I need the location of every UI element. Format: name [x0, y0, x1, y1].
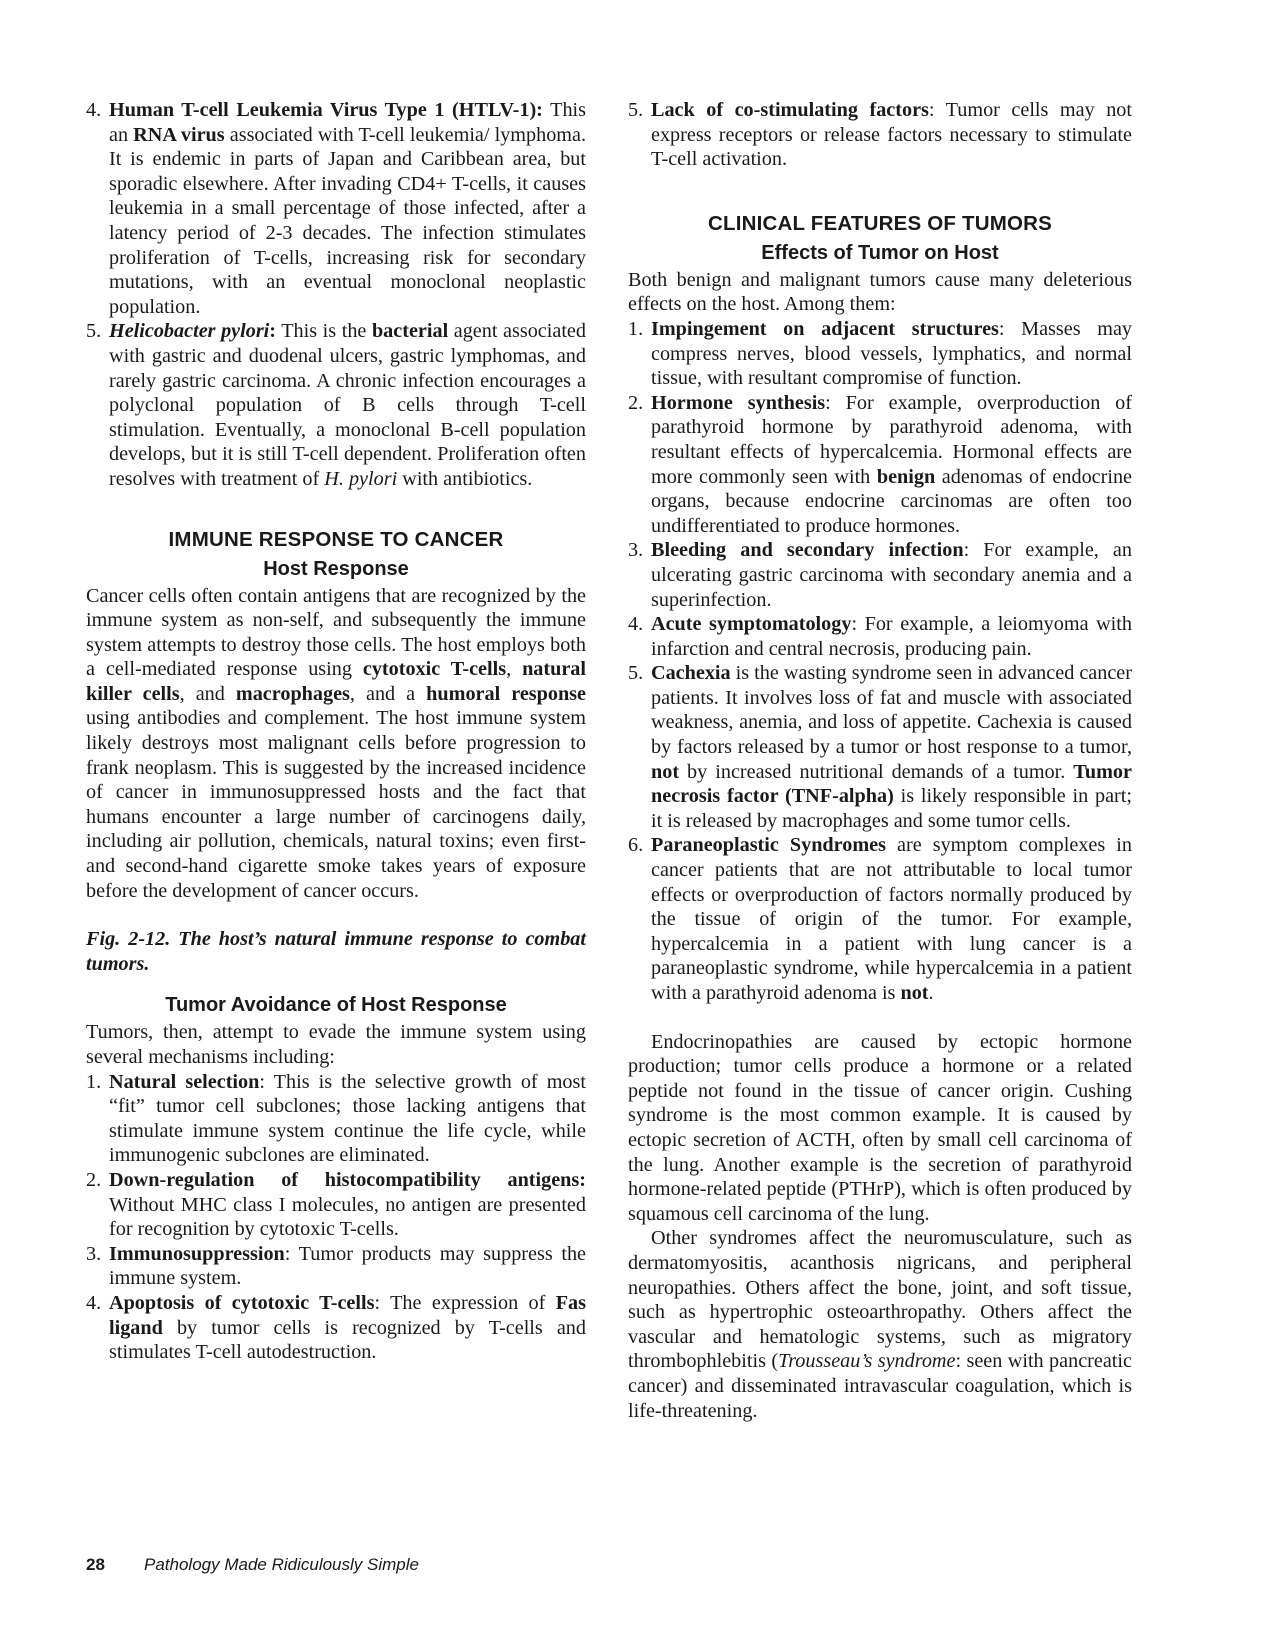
text: ,	[506, 658, 522, 680]
list-number: 2.	[86, 1168, 101, 1193]
list-item: 1.Natural selection: This is the selecti…	[86, 1070, 586, 1168]
subheading-tumor-avoidance: Tumor Avoidance of Host Response	[86, 990, 586, 1020]
page-footer: 28Pathology Made Ridiculously Simple	[86, 1555, 419, 1575]
text: with antibiotics.	[397, 468, 532, 490]
term: Down-regulation of histocompatibility an…	[109, 1169, 586, 1191]
term: Impingement on adjacent structures	[651, 318, 999, 340]
left-column: 4.Human T-cell Leukemia Virus Type 1 (HT…	[86, 98, 586, 1365]
term: Acute symptomatology	[651, 613, 851, 635]
list-number: 4.	[86, 98, 101, 123]
term: macrophages	[236, 683, 350, 705]
term: Lack of co-stimulating factors	[651, 99, 929, 121]
avoidance-list: 1.Natural selection: This is the selecti…	[86, 1070, 586, 1365]
term-bacterial: bacterial	[372, 320, 448, 342]
section-title-clinical-features: CLINICAL FEATURES OF TUMORS	[628, 210, 1132, 238]
list-number: 6.	[628, 833, 643, 858]
list-number: 5.	[628, 661, 643, 686]
right-column: 5.Lack of co-stimulating factors: Tumor …	[628, 98, 1132, 1423]
italic-term: Trousseau’s syndrome	[778, 1350, 955, 1372]
list-item: 6.Paraneoplastic Syndromes are symptom c…	[628, 833, 1132, 1005]
term: benign	[877, 466, 935, 488]
italic-h-pylori: H. pylori	[324, 468, 397, 490]
list-item: 5.Cachexia is the wasting syndrome seen …	[628, 661, 1132, 833]
text: by tumor cells is recognized by T-cells …	[109, 1317, 586, 1364]
term-htlv1: Human T-cell Leukemia Virus Type 1 (HTLV…	[109, 99, 543, 121]
effects-list: 1.Impingement on adjacent structures: Ma…	[628, 317, 1132, 1006]
list-number: 1.	[86, 1070, 101, 1095]
list-item: 2.Down-regulation of histocompatibility …	[86, 1168, 586, 1242]
paragraph-host-response: Cancer cells often contain antigens that…	[86, 584, 586, 904]
list-number: 3.	[628, 538, 643, 563]
text: .	[929, 982, 934, 1004]
list-item: 4.Apoptosis of cytotoxic T-cells: The ex…	[86, 1291, 586, 1365]
list-item-htlv1: 4.Human T-cell Leukemia Virus Type 1 (HT…	[86, 98, 586, 319]
paragraph-other-syndromes: Other syndromes affect the neuromusculat…	[628, 1226, 1132, 1423]
text: using antibodies and comple­ment. The ho…	[86, 707, 586, 901]
text: are symptom complexes in cancer patients…	[651, 834, 1132, 1004]
text: by increased nutritional demands of a tu…	[679, 761, 1073, 783]
term: Cachexia	[651, 662, 731, 684]
term: Natural selection	[109, 1071, 259, 1093]
figure-caption: Fig. 2-12. The host’s natural immune res…	[86, 927, 586, 976]
text: Without MHC class I molecules, no antige…	[109, 1194, 586, 1241]
text: , and	[180, 683, 236, 705]
list-item-h-pylori: 5.Helicobacter pylori: This is the bacte…	[86, 319, 586, 491]
list-item: 4.Acute symptomatology: For example, a l…	[628, 612, 1132, 661]
list-number: 4.	[628, 612, 643, 637]
text: This is the	[276, 320, 372, 342]
list-item: 3.Immunosuppression: Tumor products may …	[86, 1242, 586, 1291]
term: not	[900, 982, 928, 1004]
paragraph-avoidance-intro: Tumors, then, attempt to evade the immun…	[86, 1020, 586, 1069]
term: Apoptosis of cytotoxic T-cells	[109, 1292, 374, 1314]
term: Hormone synthesis	[651, 392, 825, 414]
list-number: 2.	[628, 391, 643, 416]
paragraph-endocrinopathies: Endocrinopathies are caused by ectopic h…	[628, 1030, 1132, 1227]
section-title-immune-response: IMMUNE RESPONSE TO CANCER	[86, 526, 586, 554]
book-title: Pathology Made Ridiculously Simple	[144, 1555, 419, 1574]
term: humoral response	[426, 683, 586, 705]
document-page: 4.Human T-cell Leukemia Virus Type 1 (HT…	[0, 0, 1275, 1650]
subheading-host-response: Host Response	[86, 554, 586, 584]
subheading-effects-on-host: Effects of Tumor on Host	[628, 238, 1132, 268]
term: cyto­toxic T-cells	[363, 658, 506, 680]
text: , and a	[350, 683, 426, 705]
list-item-co-stimulating: 5.Lack of co-stimulating factors: Tumor …	[628, 98, 1132, 172]
virus-list: 4.Human T-cell Leukemia Virus Type 1 (HT…	[86, 98, 586, 492]
term-rna-virus: RNA virus	[133, 124, 224, 146]
text: associated with T-cell leukemia/ lymphom…	[109, 124, 586, 318]
list-item: 3.Bleeding and secondary infection: For …	[628, 538, 1132, 612]
paragraph-effects-intro: Both benign and malignant tumors cause m…	[628, 268, 1132, 317]
term-h-pylori: Helicobacter pylori	[109, 320, 269, 342]
list-number: 5.	[628, 98, 643, 123]
text: : The expression of	[374, 1292, 555, 1314]
list-number: 1.	[628, 317, 643, 342]
page-number: 28	[86, 1555, 144, 1575]
list-item: 2.Hormone synthesis: For example, overpr…	[628, 391, 1132, 539]
text: agent associ­ated with gastric and duode…	[109, 320, 586, 490]
term: Immunosuppression	[109, 1243, 285, 1265]
list-number: 5.	[86, 319, 101, 344]
list-item: 1.Impingement on adjacent structures: Ma…	[628, 317, 1132, 391]
list-number: 3.	[86, 1242, 101, 1267]
list-number: 4.	[86, 1291, 101, 1316]
term: not	[651, 761, 679, 783]
term: Paraneoplastic Syndromes	[651, 834, 886, 856]
term: Bleeding and secondary infection	[651, 539, 964, 561]
